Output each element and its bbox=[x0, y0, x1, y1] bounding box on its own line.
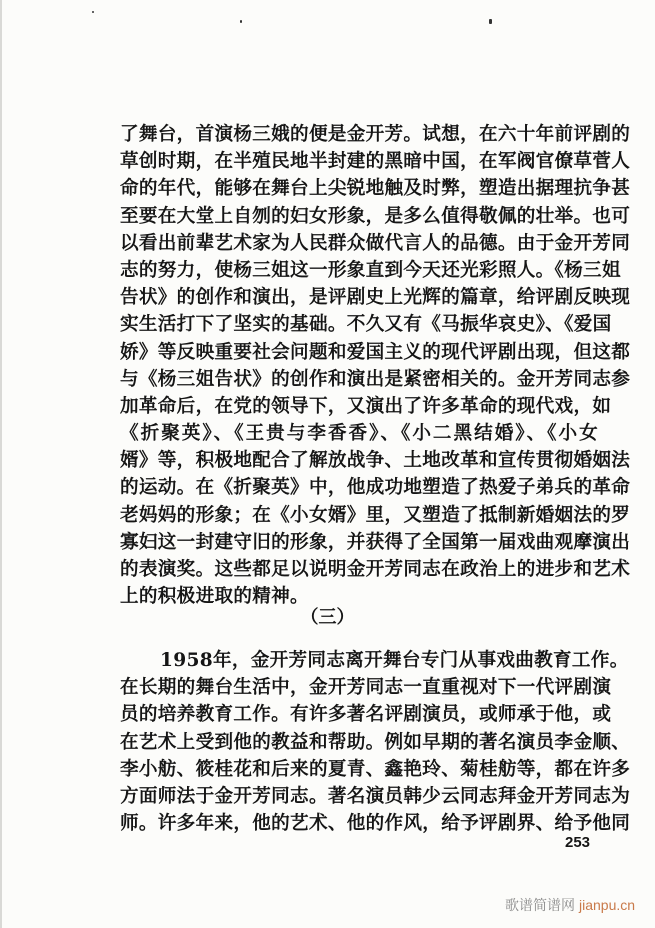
text-line: 告状》的创作和演出，是评剧史上光辉的篇章，给评剧反映现 bbox=[120, 284, 598, 311]
text-line: 老妈妈的形象；在《小女婿》里，又塑造了抵制新婚姻法的罗 bbox=[120, 502, 598, 529]
paragraph-2: 1958年，金开芳同志离开舞台专门从事戏曲教育工作。 在长期的舞台生活中，金开芳… bbox=[120, 647, 598, 837]
page-number: 253 bbox=[565, 834, 590, 851]
watermark-url: jianpu.cn bbox=[579, 897, 635, 913]
text-line: 的运动。在《折聚英》中，他成功地塑造了热爱子弟兵的革命 bbox=[120, 474, 598, 501]
scan-speck bbox=[240, 20, 242, 23]
text-line: 方面师法于金开芳同志。著名演员韩少云同志拜金开芳同志为 bbox=[120, 783, 598, 810]
text-line: 至要在大堂上自刎的妇女形象，是多么值得敬佩的壮举。也可 bbox=[120, 203, 598, 230]
text-line: 与《杨三姐告状》的创作和演出是紧密相关的。金开芳同志参 bbox=[120, 366, 598, 393]
paragraph-1: 了舞台，首演杨三娥的便是金开芳。试想，在六十年前评剧的 草创时期，在半殖民地半封… bbox=[120, 121, 598, 610]
scan-speck bbox=[489, 19, 492, 24]
text-line: 李小舫、筱桂花和后来的夏青、鑫艳玲、菊桂舫等，都在许多 bbox=[120, 756, 598, 783]
text-line: 以看出前辈艺术家为人民群众做代言人的品德。由于金开芳同 bbox=[120, 230, 598, 257]
page-edge-shadow bbox=[0, 0, 2, 928]
text-line: 实生活打下了坚实的基础。不久又有《马振华哀史》、《爱国 bbox=[120, 311, 598, 338]
scanned-book-page: 了舞台，首演杨三娥的便是金开芳。试想，在六十年前评剧的 草创时期，在半殖民地半封… bbox=[0, 0, 655, 928]
text-line: 志的努力，使杨三姐这一形象直到今天还光彩照人。《杨三姐 bbox=[120, 257, 598, 284]
scan-speck bbox=[92, 11, 94, 13]
watermark-site-name: 歌谱简谱网 bbox=[505, 898, 575, 914]
section-heading: （三） bbox=[0, 604, 655, 632]
text-line: 师。许多年来，他的艺术、他的作风，给予评剧界、给予他同 bbox=[120, 810, 598, 837]
watermark: 歌谱简谱网jianpu.cn bbox=[505, 895, 635, 915]
text-line: 娇》等反映重要社会问题和爱国主义的现代评剧出现，但这都 bbox=[120, 339, 598, 366]
text-line: 员的培养教育工作。有许多著名评剧演员，或师承于他，或 bbox=[120, 701, 598, 728]
text-line: 加革命后，在党的领导下，又演出了许多革命的现代戏，如 bbox=[120, 393, 598, 420]
text-line: 了舞台，首演杨三娥的便是金开芳。试想，在六十年前评剧的 bbox=[120, 121, 598, 148]
text-line: 婿》等，积极地配合了解放战争、土地改革和宣传贯彻婚姻法 bbox=[120, 447, 598, 474]
text-line: 的表演奖。这些都足以说明金开芳同志在政治上的进步和艺术 bbox=[120, 556, 598, 583]
text-line: 《折聚英》、《王贵与李香香》、《小二黑结婚》、《小女 bbox=[120, 420, 598, 447]
text-line: 在长期的舞台生活中，金开芳同志一直重视对下一代评剧演 bbox=[120, 674, 598, 701]
text-line: 1958年，金开芳同志离开舞台专门从事戏曲教育工作。 bbox=[120, 647, 598, 674]
text-line: 在艺术上受到他的教益和帮助。例如早期的著名演员李金顺、 bbox=[120, 729, 598, 756]
text-line: 寡妇这一封建守旧的形象，并获得了全国第一届戏曲观摩演出 bbox=[120, 529, 598, 556]
text-line: 命的年代，能够在舞台上尖锐地触及时弊，塑造出据理抗争甚 bbox=[120, 175, 598, 202]
text-line: 草创时期，在半殖民地半封建的黑暗中国，在军阀官僚草菅人 bbox=[120, 148, 598, 175]
